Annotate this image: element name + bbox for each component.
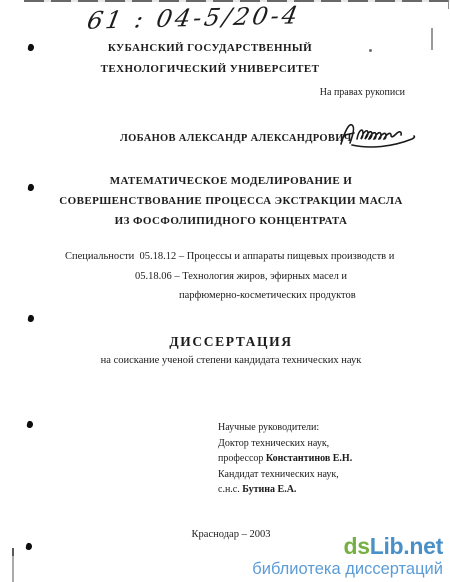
manuscript-rights-note: На правах рукописи — [0, 87, 405, 98]
supervisor1-name-line: профессор Константинов Е.Н. — [218, 451, 352, 467]
scan-mark — [26, 420, 33, 428]
watermark-brand: dsLib.net — [252, 535, 443, 558]
supervisor1-name: Константинов Е.Н. — [266, 453, 352, 464]
scan-artifact-line — [448, 0, 449, 9]
scan-mark — [27, 314, 34, 322]
document-page: 61 : 04-5/20-4 КУБАНСКИЙ ГОСУДАРСТВЕННЫЙ… — [0, 0, 450, 582]
watermark-brand-suffix: Lib.net — [370, 533, 443, 559]
supervisor2-name: Бутина Е.А. — [242, 484, 296, 495]
watermark-tagline: библиотека диссертаций — [252, 561, 443, 578]
supervisors-block: Научные руководители: Доктор технических… — [218, 420, 352, 498]
supervisor2-degree: Кандидат технических наук, — [218, 467, 352, 483]
dissertation-title: МАТЕМАТИЧЕСКОЕ МОДЕЛИРОВАНИЕ И СОВЕРШЕНС… — [12, 171, 450, 231]
specialty-line2: 05.18.06 – Технология жиров, эфирных мас… — [135, 271, 347, 282]
scan-artifact-line — [431, 28, 433, 50]
university-name-line2: ТЕХНОЛОГИЧЕСКИЙ УНИВЕРСИТЕТ — [0, 59, 420, 80]
handwritten-call-number: 61 : 04-5/20-4 — [85, 1, 303, 35]
watermark: dsLib.net библиотека диссертаций — [252, 535, 443, 578]
author-name: ЛОБАНОВ АЛЕКСАНДР АЛЕКСАНДРОВИЧ — [120, 133, 352, 144]
supervisor1-degree: Доктор технических наук, — [218, 436, 352, 452]
supervisor2-name-line: с.н.с. Бутина Е.А. — [218, 482, 352, 498]
scan-artifact-top-line — [24, 0, 450, 2]
specialty-line1: Специальности 05.18.12 – Процессы и аппа… — [65, 251, 394, 262]
author-signature — [338, 118, 420, 150]
scan-mark — [25, 542, 32, 550]
dissertation-subtitle: на соискание ученой степени кандидата те… — [12, 355, 450, 366]
title-line2: СОВЕРШЕНСТВОВАНИЕ ПРОЦЕССА ЭКСТРАКЦИИ МА… — [12, 191, 450, 211]
watermark-brand-prefix: ds — [343, 533, 369, 559]
supervisors-heading: Научные руководители: — [218, 420, 352, 436]
supervisor1-title: профессор — [218, 453, 266, 464]
specialty-line3: парфюмерно-косметических продуктов — [179, 290, 356, 301]
dissertation-heading: ДИССЕРТАЦИЯ — [12, 334, 450, 350]
university-name-line1: КУБАНСКИЙ ГОСУДАРСТВЕННЫЙ — [0, 38, 420, 59]
scan-artifact-line — [12, 548, 14, 582]
title-line1: МАТЕМАТИЧЕСКОЕ МОДЕЛИРОВАНИЕ И — [12, 171, 450, 191]
title-line3: ИЗ ФОСФОЛИПИДНОГО КОНЦЕНТРАТА — [12, 211, 450, 231]
university-header: КУБАНСКИЙ ГОСУДАРСТВЕННЫЙ ТЕХНОЛОГИЧЕСКИ… — [0, 38, 420, 80]
supervisor2-title: с.н.с. — [218, 484, 242, 495]
